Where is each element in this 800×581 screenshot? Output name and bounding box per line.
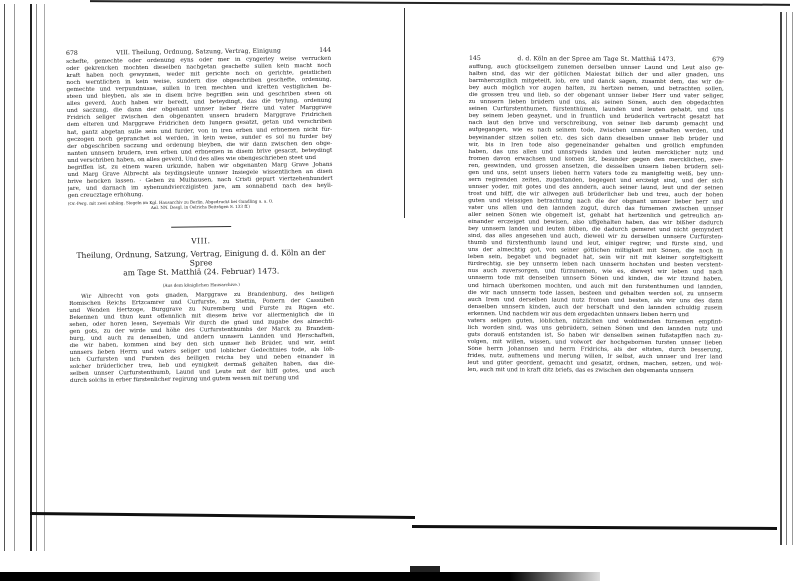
section-number: VIII. bbox=[68, 235, 333, 245]
text-line: len, auch mit und in kraft ditz briefs, … bbox=[467, 367, 722, 375]
right-book-edge bbox=[760, 0, 800, 555]
book-scan: 678 VIII. Theilung, Ordnung, Satzung, Ve… bbox=[0, 0, 800, 581]
section-title: Theilung, Ordnung, Satzung, Vertrag, Ein… bbox=[68, 247, 333, 278]
right-running-head: 145 d. d. Köln an der Spree am Tage St. … bbox=[469, 55, 724, 63]
left-book-edge bbox=[0, 0, 58, 555]
left-page-bottom-edge bbox=[30, 512, 415, 519]
section-title-line-2: am Tage St. Matthiä (24. Februar) 1473. bbox=[69, 266, 334, 279]
page-number-right: 679 bbox=[712, 56, 724, 63]
top-page-edge bbox=[90, 0, 790, 6]
section-body-paragraph: Wir Albrecht von gots gnaden, Marggrave … bbox=[69, 291, 335, 386]
document-number-right: 145 bbox=[469, 55, 481, 62]
page-number-left: 678 bbox=[66, 50, 78, 57]
continuation-paragraph: schefte, gemechte oder ordenung eyns ode… bbox=[66, 56, 333, 200]
section-separator bbox=[171, 226, 231, 228]
source-note: (Aus dem königlichen Hausarchive.) bbox=[69, 280, 334, 290]
right-body-paragraph: auffung, auch glückseligem zunemen derse… bbox=[467, 64, 724, 375]
running-head-title-right: d. d. Köln an der Spree am Tage St. Matt… bbox=[481, 55, 712, 63]
right-page-bottom-edge bbox=[412, 525, 777, 530]
book-gutter bbox=[404, 8, 405, 218]
left-page: 678 VIII. Theilung, Ordnung, Satzung, Ve… bbox=[66, 47, 335, 386]
document-number-left: 144 bbox=[319, 47, 331, 54]
scan-bottom-border bbox=[0, 572, 600, 581]
footnote: (Or.-Perg. mit zwei anhäng. Siegeln im K… bbox=[68, 198, 333, 212]
right-page: 145 d. d. Köln an der Spree am Tage St. … bbox=[467, 55, 724, 375]
